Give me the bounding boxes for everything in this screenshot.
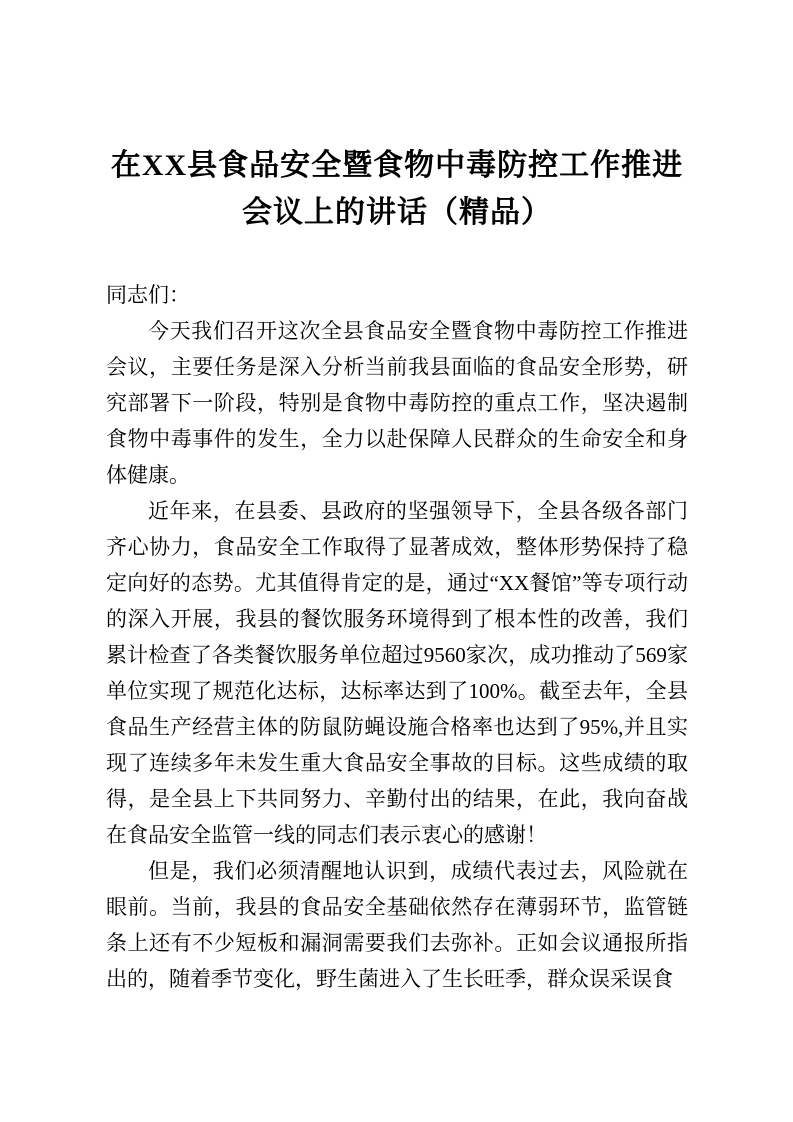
body-paragraph: 今天我们召开这次全县食品安全暨食物中毒防控工作推进会议，主要任务是深入分析当前我… [106,313,688,493]
document-page: 在XX县食品安全暨食物中毒防控工作推进会议上的讲话（精品） 同志们： 今天我们召… [0,0,793,1122]
body-paragraph: 但是，我们必须清醒地认识到，成绩代表过去，风险就在眼前。当前，我县的食品安全基础… [106,853,688,997]
salutation-paragraph: 同志们： [106,277,688,313]
body-paragraph: 近年来，在县委、县政府的坚强领导下，全县各级各部门齐心协力，食品安全工作取得了显… [106,493,688,853]
document-title: 在XX县食品安全暨食物中毒防控工作推进会议上的讲话（精品） [106,142,688,236]
document-body: 同志们： 今天我们召开这次全县食品安全暨食物中毒防控工作推进会议，主要任务是深入… [106,277,688,997]
